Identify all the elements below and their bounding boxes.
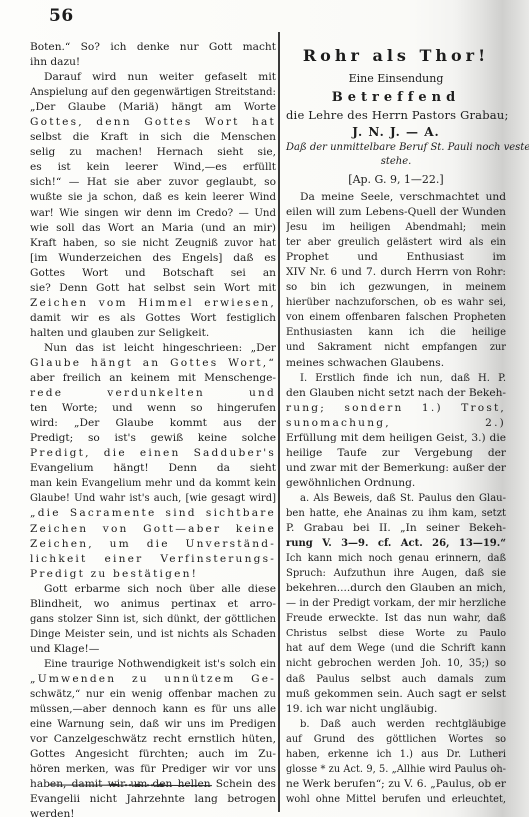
text-line: Enthusiasten kann ich die heilige Absolu… xyxy=(286,325,506,340)
text-line: daß Paulus selbst auch damals zum Glaube… xyxy=(286,672,506,687)
text-line: Zeichen, um die Unverständ- xyxy=(30,537,276,552)
article-title: Rohr als Thor! xyxy=(286,46,506,66)
text-line: Zeichen von Gott—aber keine xyxy=(30,522,276,537)
text-line: Gottes Wort und Botschaft sei an xyxy=(30,266,276,281)
text-line: rede verdunkelten und verdeckel- xyxy=(30,386,276,401)
text-line: Dinge Meister sein, und ist nichts als S… xyxy=(30,627,276,642)
text-line: glosse * zu Act. 9, 5. „Allhie wird Paul… xyxy=(286,762,506,777)
text-line: damit wir es als Gottes Wort festiglich xyxy=(30,311,276,326)
text-line: von einem offenbaren falschen Propheten … xyxy=(286,310,506,325)
text-line: b. Daß auch werden rechtgläubige Lehrer xyxy=(286,717,506,732)
text-line: ihn dazu! xyxy=(30,55,276,70)
text-line: sunomachung, 2.) Ordination, xyxy=(286,416,506,431)
text-line: Da meine Seele, verschmachtet und dürre, xyxy=(286,190,506,205)
text-line: ne Werk berufen“; zu V. 6. „Paulus, ob e… xyxy=(286,777,506,792)
text-line: war! Wie singen wir denn im Credo? — Und xyxy=(30,206,276,221)
article-betreffend: Betreffend xyxy=(286,88,506,107)
text-line: haben, erkenne ich 1.) aus Dr. Lutheri R… xyxy=(286,747,506,762)
text-line: aber freilich an keinem mit Menschenge- xyxy=(30,371,276,386)
text-line: Christus selbst diese Worte zu Paulo ges… xyxy=(286,626,506,641)
text-line: vor Canzelgeschwätz recht ernstlich hüte… xyxy=(30,732,276,747)
text-line: es ist kein leerer Wind,—es erfüllt xyxy=(30,160,276,175)
text-line: Eine traurige Nothwendigkeit ist's solch… xyxy=(30,657,276,672)
text-line: Glaube! Und wahr ist's auch, [wie gesagt… xyxy=(30,491,276,506)
text-line: Zeichen vom Himmel erwiesen, xyxy=(30,296,276,311)
text-line: halten und glauben zur Seligkeit. xyxy=(30,326,276,341)
text-line: sie? Denn Gott hat selbst sein Wort mit xyxy=(30,281,276,296)
text-line: — in der Predigt vorkam, der mir herzlic… xyxy=(286,596,506,611)
text-line: Prophet und Enthusiast im Informatorium xyxy=(286,250,506,265)
text-line: Gott erbarme sich noch über alle diese xyxy=(30,582,276,597)
text-line: Glaube hängt an Gottes Wort,“ xyxy=(30,356,276,371)
text-line: meines schwachen Glaubens. xyxy=(286,356,506,371)
text-line: P. Grabau bei II. „In seiner Bekeh- xyxy=(286,521,506,536)
text-line: rung V. 3—9. cf. Act. 26, 13—19.“ xyxy=(286,536,506,551)
scanned-page: 56 Boten.“ So? ich denke nur Gott macht … xyxy=(0,0,529,817)
text-line: Freude erweckte. Ist das nun wahr, daß xyxy=(286,611,506,626)
text-line: ben hatte, ehe Anainas zu ihm kam, setzt xyxy=(286,506,506,521)
text-line: Kraft haben, so sie nicht Zeugniß zuvor … xyxy=(30,236,276,251)
text-line: I. Erstlich finde ich nun, daß H. P. Gra… xyxy=(286,371,506,386)
text-line: Evangelii nicht Jahrzehnte lang betrogen xyxy=(30,792,276,807)
article-topic: die Lehre des Herrn Pastors Grabau; xyxy=(286,107,506,124)
text-line: wohl ohne Mittel berufen und erleuchtet,… xyxy=(286,792,506,807)
text-line: hören merken, was für Prediger wir vor u… xyxy=(30,762,276,777)
text-line: selbst die Kraft in sich die Menschen xyxy=(30,130,276,145)
text-line: und zwar mit der Bemerkung: außer der xyxy=(286,461,506,476)
text-line: auf Grund des göttlichen Wortes so gehal… xyxy=(286,732,506,747)
text-line: gans stolzer Sinn ist, sich dünkt, der g… xyxy=(30,612,276,627)
text-line: Anspielung auf den gegenwärtigen Streits… xyxy=(30,85,276,100)
article-subtitle: Eine Einsendung xyxy=(286,70,506,88)
text-line: hat auf dem Wege (und die Schrift kann d… xyxy=(286,641,506,656)
text-line: Gottes, denn Gottes Wort hat xyxy=(30,115,276,130)
text-line: wird: „Der Glaube kommt aus der xyxy=(30,416,276,431)
text-line: „Der Glaube (Mariä) hängt am Worte xyxy=(30,100,276,115)
text-line: selig zu machen! Hernach sieht sie, xyxy=(30,145,276,160)
text-line: Blindheit, wo animus pertinax et arro- xyxy=(30,597,276,612)
article-initials: J. N. J. — A. xyxy=(286,124,506,141)
text-line: den Glauben nicht setzt nach der Bekeh- xyxy=(286,386,506,401)
text-line: bekehren....durch den Glauben an mich, xyxy=(286,581,506,596)
text-line: ter aber greulich gelästert wird als ein… xyxy=(286,235,506,250)
text-line: Predigt; so ist's gewiß keine solche xyxy=(30,431,276,446)
text-line: müssen,—aber dennoch kann es für uns all… xyxy=(30,702,276,717)
text-line: so bin ich gezwungen, in meinem Gewissen xyxy=(286,280,506,295)
text-line: wie soll das Wort an Maria (und an mir) xyxy=(30,221,276,236)
text-line: „Umwenden zu unnützem Ge- xyxy=(30,672,276,687)
thesis-line: Daß der unmittelbare Beruf St. Pauli noc… xyxy=(286,141,506,155)
column-divider xyxy=(278,32,280,812)
text-line: Erfüllung mit dem heiligen Geist, 3.) di… xyxy=(286,431,506,446)
text-line: hierüber nachzuforschen, ob es wahr sei,… xyxy=(286,295,506,310)
text-line: ten Worte; und wenn so hingerufen xyxy=(30,401,276,416)
text-line: muß gekommen sein. Auch sagt er selst V. xyxy=(286,687,506,702)
text-line: Gottes Angesicht fürchten; auch im Zu- xyxy=(30,747,276,762)
text-line: schwätz,“ nur ein wenig offenbar machen … xyxy=(30,687,276,702)
text-line: Nun das ist leicht hingeschrieen: „Der xyxy=(30,341,276,356)
end-ornament xyxy=(48,782,212,788)
text-line: [im Wunderzeichen des Engels] daß es xyxy=(30,251,276,266)
text-line: gewöhnlichen Ordnung. xyxy=(286,476,506,491)
article-thesis: Daß der unmittelbare Beruf St. Pauli noc… xyxy=(286,141,506,169)
text-line: und Klage!— xyxy=(30,642,276,657)
text-line: und Sakrament nicht empfangen zur Stärku… xyxy=(286,340,506,355)
text-line: Boten.“ So? ich denke nur Gott macht xyxy=(30,40,276,55)
text-line: Predigt zu bestätigen! xyxy=(30,567,276,582)
right-column: Rohr als Thor! Eine Einsendung Betreffen… xyxy=(286,46,506,807)
text-line: Darauf wird nun weiter gefaselt mit xyxy=(30,70,276,85)
text-line: a. Als Beweis, daß St. Paulus den Glau- xyxy=(286,491,506,506)
text-line: Jesu im heiligen Abendmahl; mein Beichtv… xyxy=(286,220,506,235)
text-line: werden! xyxy=(30,807,276,817)
scripture-reference: [Ap. G. 9, 1—22.] xyxy=(286,171,506,189)
text-line: Evangelium hängt! Denn da sieht xyxy=(30,461,276,476)
text-line: rung; sondern 1.) Trost, Gnade, Ge- xyxy=(286,401,506,416)
text-line: nicht gebrochen werden Joh. 10, 35;) so … xyxy=(286,656,506,671)
text-line: wußte sie ja schon, daß es kein leerer W… xyxy=(30,190,276,205)
thesis-line: stehe. xyxy=(286,155,506,169)
text-line: Predigt, die einen Sadduber's xyxy=(30,446,276,461)
text-line: XIV Nr. 6 und 7. durch Herrn von Rohr: xyxy=(286,265,506,280)
page-number: 56 xyxy=(49,6,74,26)
text-line: Ich kann mich noch genau erinnern, daß d… xyxy=(286,551,506,566)
text-line: „die Sacramente sind sichtbare xyxy=(30,506,276,521)
text-line: sich!“ — Hat sie aber zuvor geglaubt, so xyxy=(30,175,276,190)
text-line: heilige Taufe zur Vergebung der Sünden, xyxy=(286,446,506,461)
text-line: eine Warnung sein, daß wir uns im Predig… xyxy=(30,717,276,732)
left-column: Boten.“ So? ich denke nur Gott macht ihn… xyxy=(30,40,276,817)
text-line: man kein Evangelium mehr und da kommt ke… xyxy=(30,476,276,491)
text-line: eilen will zum Lebens-Quell der Wunden xyxy=(286,205,506,220)
text-line: lichkeit einer Verfinsterungs- xyxy=(30,552,276,567)
text-line: Spruch: Aufzuthun ihre Augen, daß sie si… xyxy=(286,566,506,581)
text-line: 19. ich war nicht ungläubig. xyxy=(286,702,506,717)
